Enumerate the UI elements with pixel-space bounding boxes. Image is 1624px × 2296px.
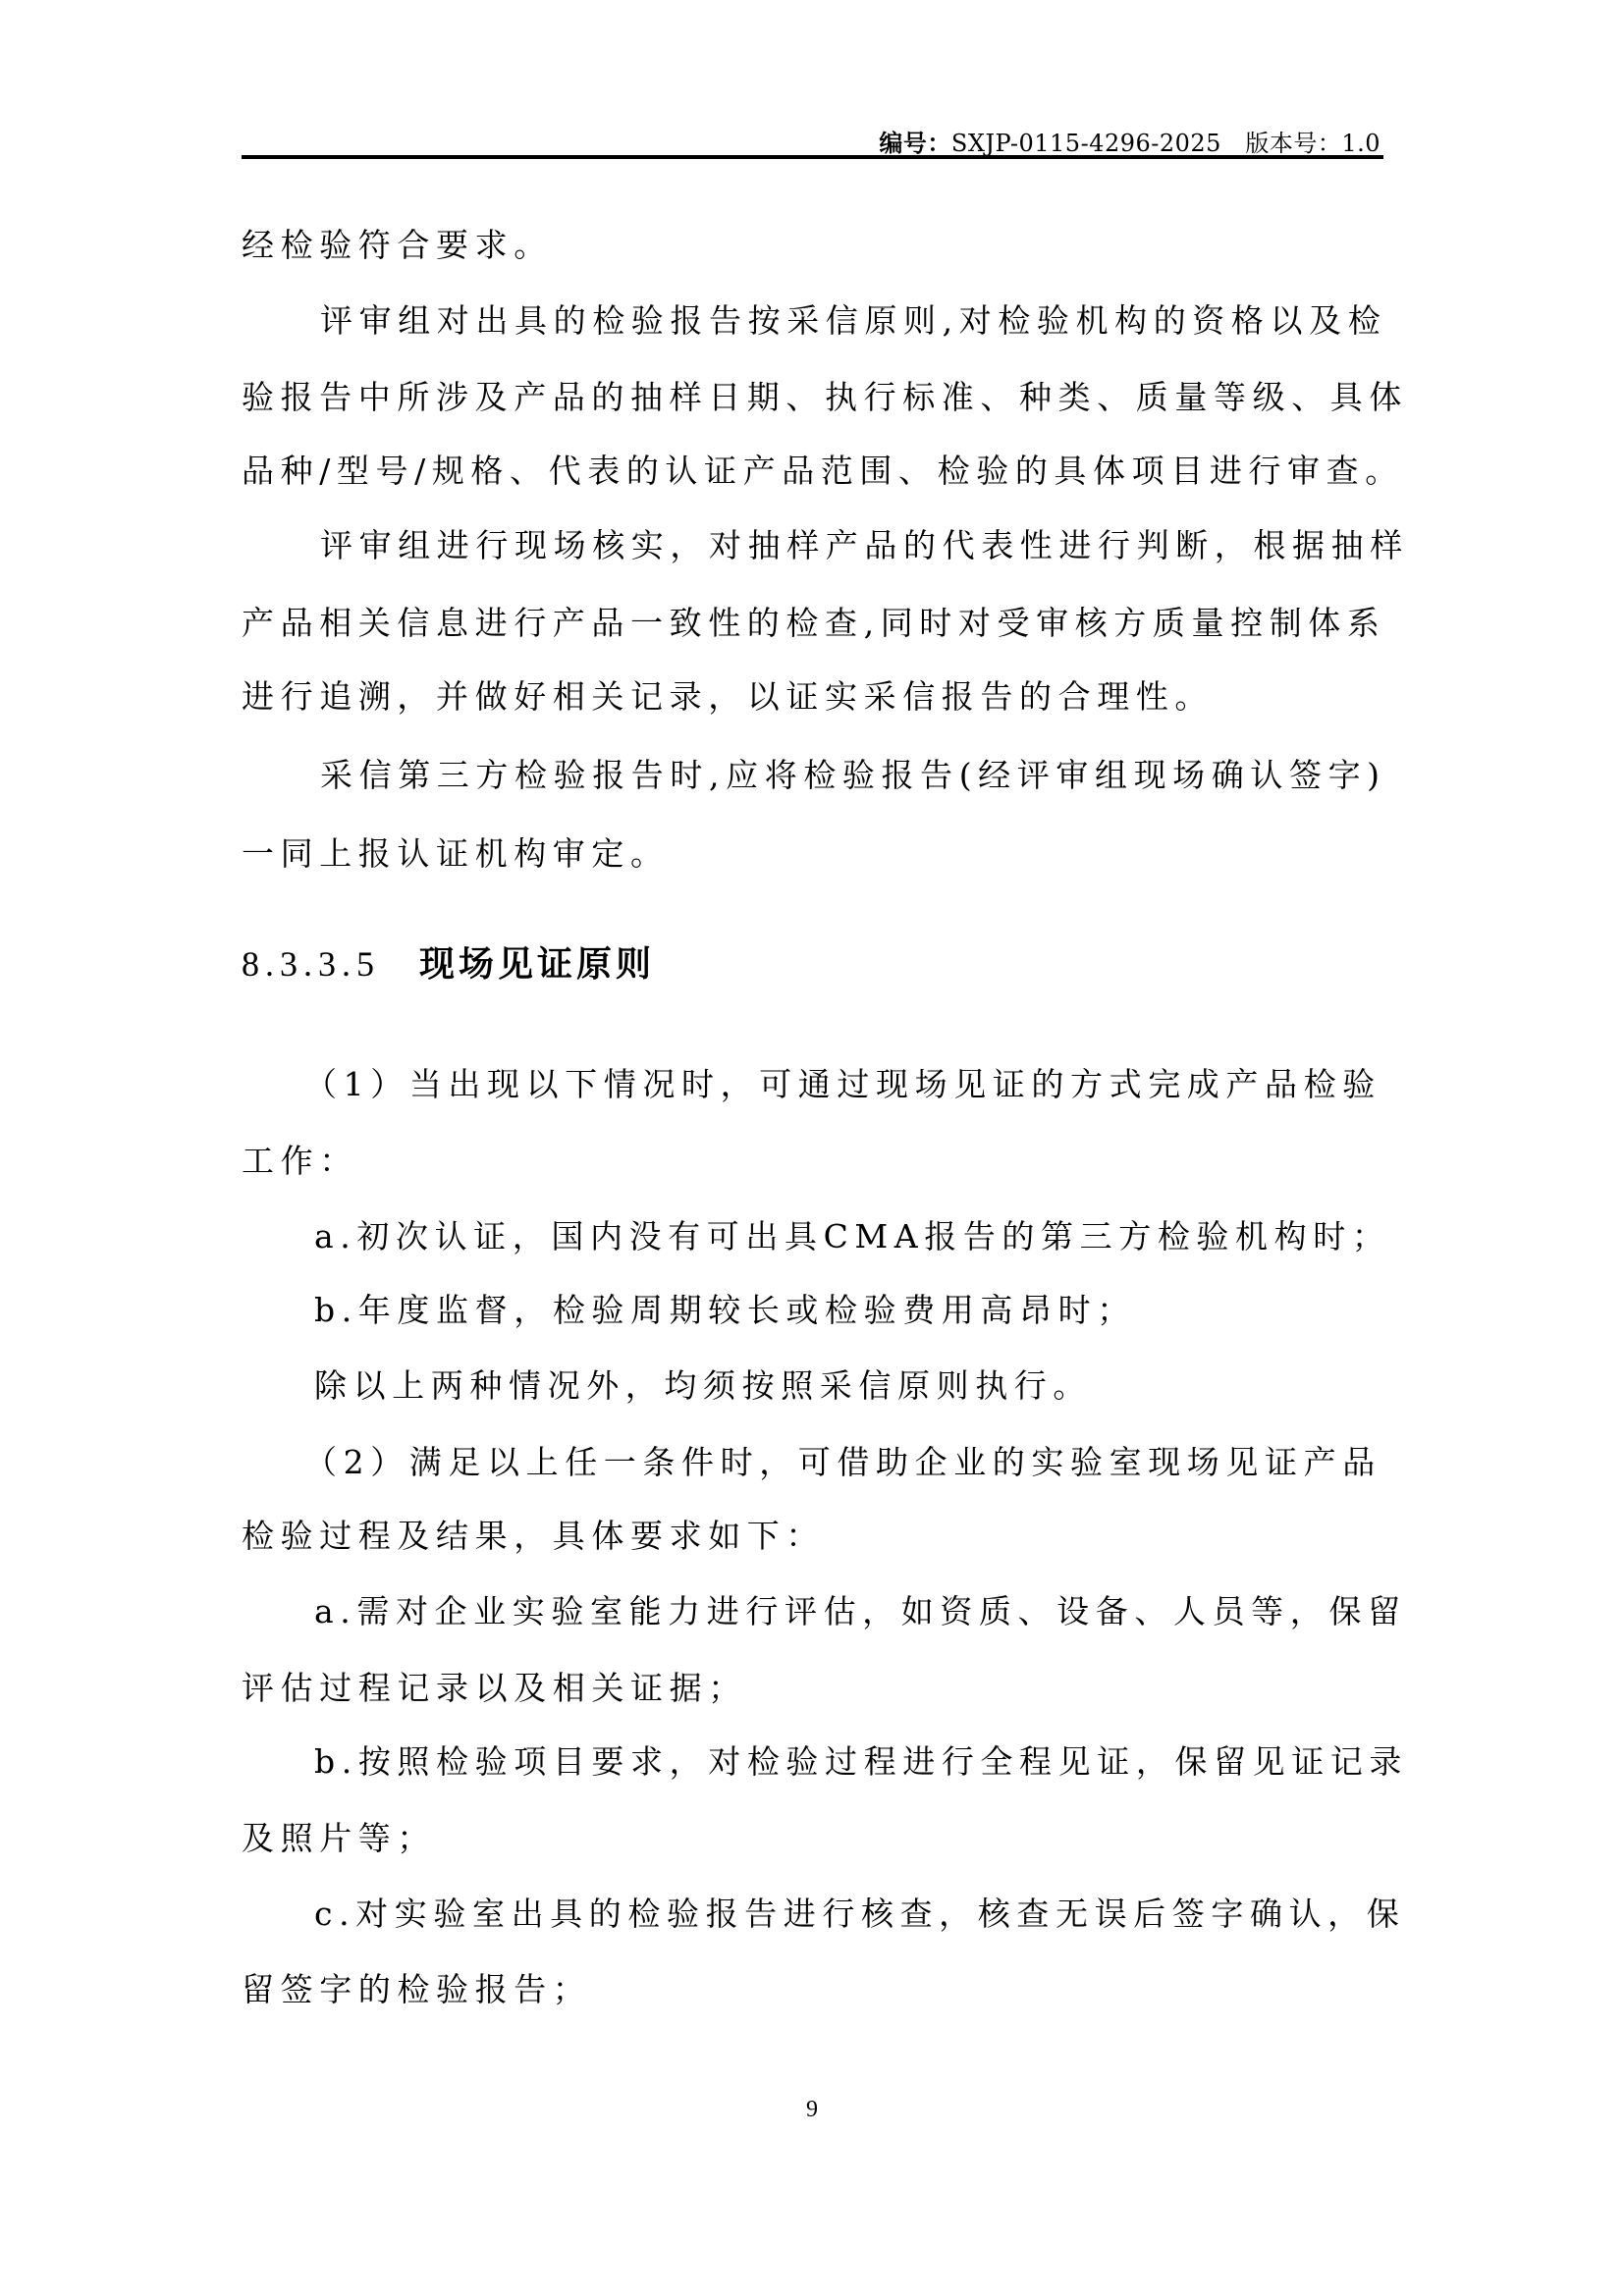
list-item: 留签字的检验报告；: [242, 1970, 1383, 2009]
paragraph-line: 进行追溯，并做好相关记录，以证实采信报告的合理性。: [242, 677, 1383, 717]
list-item: a.初次认证，国内没有可出具CMA报告的第三方检验机构时；: [242, 1217, 1383, 1256]
page-header: 编号：SXJP-0115-4296-2025 版本号：1.0: [879, 130, 1380, 157]
paragraph-line: 产品相关信息进行产品一致性的检查,同时对受审核方质量控制体系: [242, 604, 1383, 643]
list-item: b.年度监督，检验周期较长或检验费用高昂时；: [242, 1291, 1383, 1330]
paragraph-line: 经检验符合要求。: [242, 226, 1383, 265]
header-divider: [242, 155, 1383, 159]
paragraph-line: 品种/型号/规格、代表的认证产品范围、检验的具体项目进行审查。: [242, 452, 1383, 491]
list-note: 除以上两种情况外，均须按照采信原则执行。: [242, 1366, 1383, 1406]
list-item: b.按照检验项目要求，对检验过程进行全程见证，保留见证记录: [242, 1742, 1383, 1782]
list-item: c.对实验室出具的检验报告进行核查，核查无误后签字确认，保: [242, 1895, 1383, 1934]
paragraph-line: 评审组进行现场核实，对抽样产品的代表性进行判断，根据抽样: [242, 526, 1383, 565]
document-page: 编号：SXJP-0115-4296-2025 版本号：1.0 经检验符合要求。 …: [0, 0, 1624, 2296]
paragraph-line: 一同上报认证机构审定。: [242, 834, 1383, 874]
doc-number: SXJP-0115-4296-2025: [951, 130, 1221, 157]
section-number: 8.3.3.5: [242, 944, 380, 984]
list-item: 及照片等；: [242, 1819, 1383, 1858]
list-item: a.需对企业实验室能力进行评估，如资质、设备、人员等，保留: [242, 1592, 1383, 1631]
version-label: 版本号：: [1245, 130, 1341, 157]
list-item: 工作：: [242, 1142, 1383, 1181]
list-item: （1）当出现以下情况时，可通过现场见证的方式完成产品检验: [242, 1065, 1383, 1104]
section-heading: 8.3.3.5现场见证原则: [242, 942, 655, 986]
section-title: 现场见证原则: [419, 943, 655, 985]
paragraph-line: 采信第三方检验报告时,应将检验报告(经评审组现场确认签字): [242, 756, 1383, 795]
list-item: 评估过程记录以及相关证据；: [242, 1669, 1383, 1708]
page-number: 9: [0, 2097, 1624, 2123]
version-number: 1.0: [1341, 130, 1380, 157]
paragraph-line: 验报告中所涉及产品的抽样日期、执行标准、种类、质量等级、具体: [242, 378, 1383, 417]
list-item: 检验过程及结果，具体要求如下：: [242, 1517, 1383, 1556]
doc-number-label: 编号：: [879, 129, 951, 157]
list-item: （2）满足以上任一条件时，可借助企业的实验室现场见证产品: [242, 1443, 1383, 1482]
paragraph-line: 评审组对出具的检验报告按采信原则,对检验机构的资格以及检: [242, 301, 1383, 341]
